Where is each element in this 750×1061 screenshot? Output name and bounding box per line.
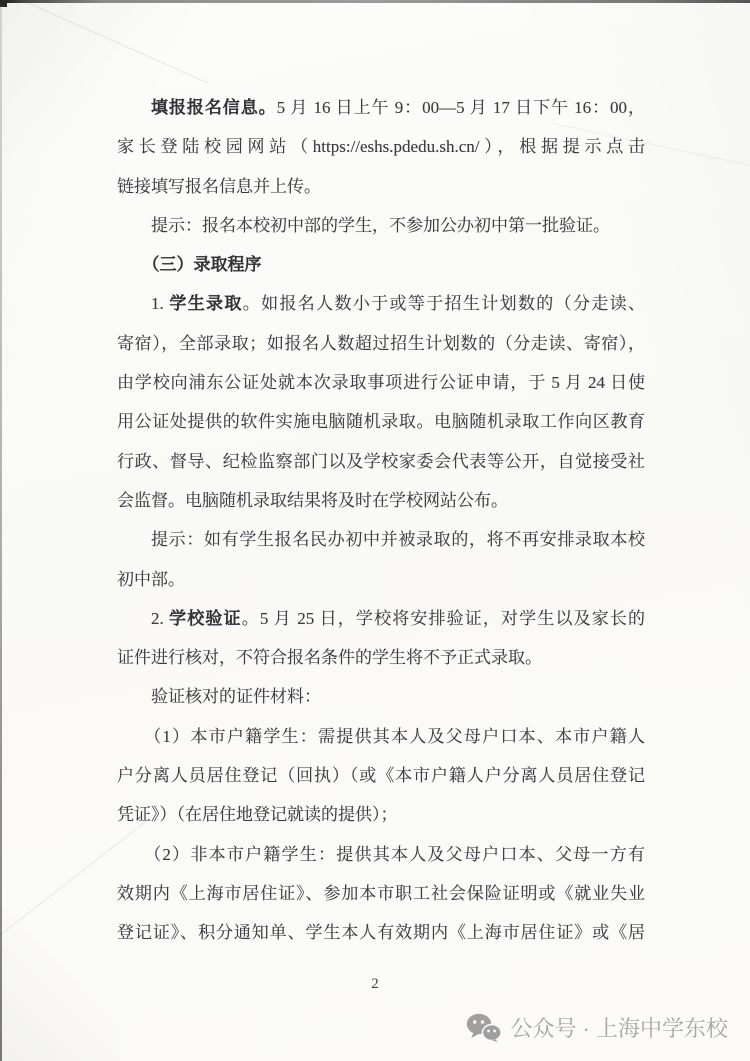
doc-line: 填报报名信息。5 月 16 日上午 9：00—5 月 17 日下午 16：00，: [117, 88, 645, 127]
doc-text-bold: 填报报名信息。: [151, 98, 277, 117]
doc-line: 2. 学校验证。5 月 25 日，学校将安排验证，对学生以及家长的: [117, 599, 645, 638]
doc-text: 。5 月 25 日，学校将安排验证，对学生以及家长的: [242, 609, 645, 628]
doc-text: 凭证》）（在居住地登记就读的提供）；: [117, 805, 398, 824]
doc-text: 。如报名人数小于或等于招生计划数的（分走读、: [243, 294, 645, 313]
doc-text: 验证核对的证件材料：: [151, 687, 321, 706]
scanned-document-page: 填报报名信息。5 月 16 日上午 9：00—5 月 17 日下午 16：00，…: [0, 0, 750, 1061]
doc-text: 1.: [151, 294, 169, 313]
doc-line: （三）录取程序: [117, 245, 645, 284]
doc-text: 行政、督导、纪检监察部门以及学校家委会代表等公开，自觉接受社: [117, 452, 645, 471]
doc-text: （2）非本市户籍学生：提供其本人及父母户口本、父母一方有: [144, 845, 645, 864]
doc-line: 初中部。: [117, 560, 645, 599]
doc-line: 会监督。电脑随机录取结果将及时在学校网站公布。: [117, 481, 645, 520]
doc-text: 2.: [151, 609, 169, 628]
doc-line: 提示：报名本校初中部的学生，不参加公办初中第一批验证。: [117, 206, 645, 245]
doc-line: 家长登陆校园网站（https://eshs.pdedu.sh.cn/），根据提示…: [117, 127, 645, 166]
doc-line: 1. 学生录取。如报名人数小于或等于招生计划数的（分走读、: [117, 284, 645, 323]
doc-line: 提示：如有学生报名民办初中并被录取的，将不再安排录取本校: [117, 520, 645, 559]
doc-text-bold: 学校验证: [169, 609, 242, 628]
doc-text: 会监督。电脑随机录取结果将及时在学校网站公布。: [117, 491, 508, 510]
doc-line: 由学校向浦东公证处就本次录取事项进行公证申请，于 5 月 24 日使: [117, 363, 645, 402]
doc-line: 行政、督导、纪检监察部门以及学校家委会代表等公开，自觉接受社: [117, 442, 645, 481]
doc-text: 链接填写报名信息并上传。: [117, 177, 321, 196]
doc-text: 家长登陆校园网站（https://eshs.pdedu.sh.cn/），根据提示…: [117, 137, 645, 156]
watermark-text: 公众号 · 上海中学东校: [510, 1012, 728, 1043]
wechat-icon: [466, 1013, 501, 1042]
doc-text: 证件进行核对，不符合报名条件的学生将不予正式录取。: [117, 648, 542, 667]
doc-line: 验证核对的证件材料：: [117, 677, 645, 716]
doc-text: 初中部。: [117, 570, 185, 589]
doc-line: （1）本市户籍学生：需提供其本人及父母户口本、本市户籍人: [117, 717, 645, 756]
doc-line: 登记证》、积分通知单、学生本人有效期内《上海市居住证》或《居: [117, 913, 645, 952]
doc-line: （2）非本市户籍学生：提供其本人及父母户口本、父母一方有: [117, 835, 645, 874]
doc-text: （1）本市户籍学生：需提供其本人及父母户口本、本市户籍人: [144, 727, 645, 746]
doc-line: 效期内《上海市居住证》、参加本市职工社会保险证明或《就业失业: [117, 874, 645, 913]
doc-body: 填报报名信息。5 月 16 日上午 9：00—5 月 17 日下午 16：00，…: [117, 88, 645, 953]
doc-line: 证件进行核对，不符合报名条件的学生将不予正式录取。: [117, 638, 645, 677]
doc-text: 寄宿），全部录取；如报名人数超过招生计划数的（分走读、寄宿），: [117, 334, 645, 353]
doc-text: 由学校向浦东公证处就本次录取事项进行公证申请，于 5 月 24 日使: [117, 373, 645, 392]
doc-line: 户分离人员居住登记（回执）（或《本市户籍人户分离人员居住登记: [117, 756, 645, 795]
doc-text-bold: 学生录取: [169, 294, 242, 313]
doc-line: 链接填写报名信息并上传。: [117, 167, 645, 206]
doc-text: 登记证》、积分通知单、学生本人有效期内《上海市居住证》或《居: [117, 923, 645, 942]
doc-text: 用公证处提供的软件实施电脑随机录取。电脑随机录取工作向区教育: [117, 412, 645, 431]
doc-line: 凭证》）（在居住地登记就读的提供）；: [117, 795, 645, 834]
doc-text: 户分离人员居住登记（回执）（或《本市户籍人户分离人员居住登记: [117, 766, 645, 785]
doc-text: 提示：如有学生报名民办初中并被录取的，将不再安排录取本校: [151, 530, 645, 549]
wechat-watermark: 公众号 · 上海中学东校: [466, 1012, 728, 1043]
doc-text: 提示：报名本校初中部的学生，不参加公办初中第一批验证。: [151, 216, 610, 235]
doc-text: 效期内《上海市居住证》、参加本市职工社会保险证明或《就业失业: [117, 884, 645, 903]
doc-line: 用公证处提供的软件实施电脑随机录取。电脑随机录取工作向区教育: [117, 402, 645, 441]
doc-text-bold: （三）录取程序: [143, 255, 262, 274]
doc-line: 寄宿），全部录取；如报名人数超过招生计划数的（分走读、寄宿），: [117, 324, 645, 363]
page-number: 2: [0, 976, 750, 993]
doc-text: 5 月 16 日上午 9：00—5 月 17 日下午 16：00，: [277, 98, 645, 117]
